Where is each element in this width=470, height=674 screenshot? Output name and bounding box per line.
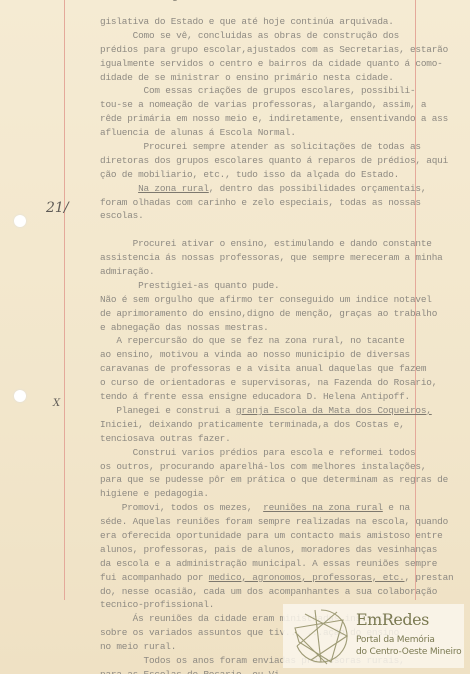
- handwritten-note-21: 21/: [46, 200, 69, 216]
- globe-network-icon: [291, 606, 351, 666]
- text-line: igualmente servidos o centro e bairros d…: [100, 57, 470, 71]
- text-line: gislativa do Estado e que até hoje conti…: [100, 15, 470, 29]
- text-line: Procurei sempre atender as solicitações …: [100, 140, 470, 154]
- text-line: os outros, procurando aparelhá-los com m…: [100, 460, 470, 474]
- page-number: 5: [172, 0, 178, 5]
- text-line: A repercursão do que se fez na zona rura…: [100, 334, 470, 348]
- watermark-subtitle-2: do Centro-Oeste Mineiro: [356, 647, 461, 657]
- text-line: tendo á frente essa ensigne educadora D.…: [100, 390, 470, 404]
- emredes-watermark: EmRedes Portal da Memória do Centro-Oest…: [283, 604, 464, 668]
- text-line: Na zona rural, dentro das possibilidades…: [100, 182, 470, 196]
- text-line: o curso de orientadoras e supervisoras, …: [100, 376, 470, 390]
- text-line: da escola e a administração municipal. A…: [100, 557, 470, 571]
- text-line: Procurei ativar o ensino, estimulando e …: [100, 237, 470, 251]
- text-line: rêde primária em nosso meio e, indiretam…: [100, 112, 470, 126]
- text-line: Planegei e construi a granja Escola da M…: [100, 404, 470, 418]
- text-line: de aprimoramento do ensino,digno de menç…: [100, 307, 470, 321]
- text-line: afluencia de alunas á Escola Normal.: [100, 126, 470, 140]
- text-line: séde. Aquelas reuniões foram sempre real…: [100, 515, 470, 529]
- text-line: foram olhadas com carinho e zelo especia…: [100, 196, 470, 210]
- text-line: para as Escolas do Rosario, ou Vi...: [100, 668, 470, 674]
- text-line: Construi varios prédios para escola e re…: [100, 446, 470, 460]
- text-line: alunos, professoras, pais de alunos, mor…: [100, 543, 470, 557]
- text-line: Promovi, todos os mezes, reuniões na zon…: [100, 501, 470, 515]
- text-line: Não é sem orgulho que afirmo ter consegu…: [100, 293, 470, 307]
- text-line: do, nesse ocasião, cada um dos acompanha…: [100, 585, 470, 599]
- text-line: prédios para grupo escolar,ajustados com…: [100, 43, 470, 57]
- underlined-phrase: medico, agronomos, professoras, etc.: [209, 572, 405, 583]
- text-line: fui acompanhado por medico, agronomos, p…: [100, 571, 470, 585]
- left-margin-line: [64, 0, 65, 600]
- text-line: caravanas de professoras e a visita anua…: [100, 362, 470, 376]
- typewritten-body: gislativa do Estado e que até hoje conti…: [100, 15, 470, 674]
- text-line: didade de se ministrar o ensino primário…: [100, 71, 470, 85]
- text-line: escolas.: [100, 209, 470, 223]
- text-line: admiração.: [100, 265, 470, 279]
- text-line: ao ensino, motivou a vinda ao nosso muni…: [100, 348, 470, 362]
- underlined-phrase: reuniões na zona rural: [263, 502, 383, 513]
- text-line: Com essas criações de grupos escolares, …: [100, 84, 470, 98]
- text-line: e abnegação das nossas mestras.: [100, 321, 470, 335]
- watermark-subtitle-1: Portal da Memória: [356, 635, 435, 645]
- text-line: Como se vê, concluidas as obras de const…: [100, 29, 470, 43]
- text-line: higiene e pedagogia.: [100, 487, 470, 501]
- underlined-phrase: granja Escola da Mata dos Coqueiros,: [236, 405, 432, 416]
- text-line: era oferecida oportunidade para um conta…: [100, 529, 470, 543]
- text-line: para que se pudesse pôr em prática o que…: [100, 473, 470, 487]
- text-line: Prestigiei-as quanto pude.: [100, 279, 470, 293]
- text-line: Iniciei, deixando praticamente terminada…: [100, 418, 470, 432]
- watermark-title: EmRedes: [356, 610, 429, 629]
- punch-hole: [14, 390, 26, 402]
- text-line: tenciosava outras fazer.: [100, 432, 470, 446]
- text-line: assistencia ás nossas professoras, que s…: [100, 251, 470, 265]
- handwritten-note-x: X: [53, 398, 60, 409]
- punch-hole: [14, 215, 26, 227]
- document-page: 5 21/ X gislativa do Estado e que até ho…: [0, 0, 470, 674]
- text-line: diretoras dos grupos escolares quanto á …: [100, 154, 470, 168]
- text-line: ção de mobiliario, etc., tudo isso da al…: [100, 168, 470, 182]
- text-line: tou-se a nomeação de varias professoras,…: [100, 98, 470, 112]
- text-line: [100, 223, 470, 237]
- underlined-phrase: Na zona rural: [138, 183, 209, 194]
